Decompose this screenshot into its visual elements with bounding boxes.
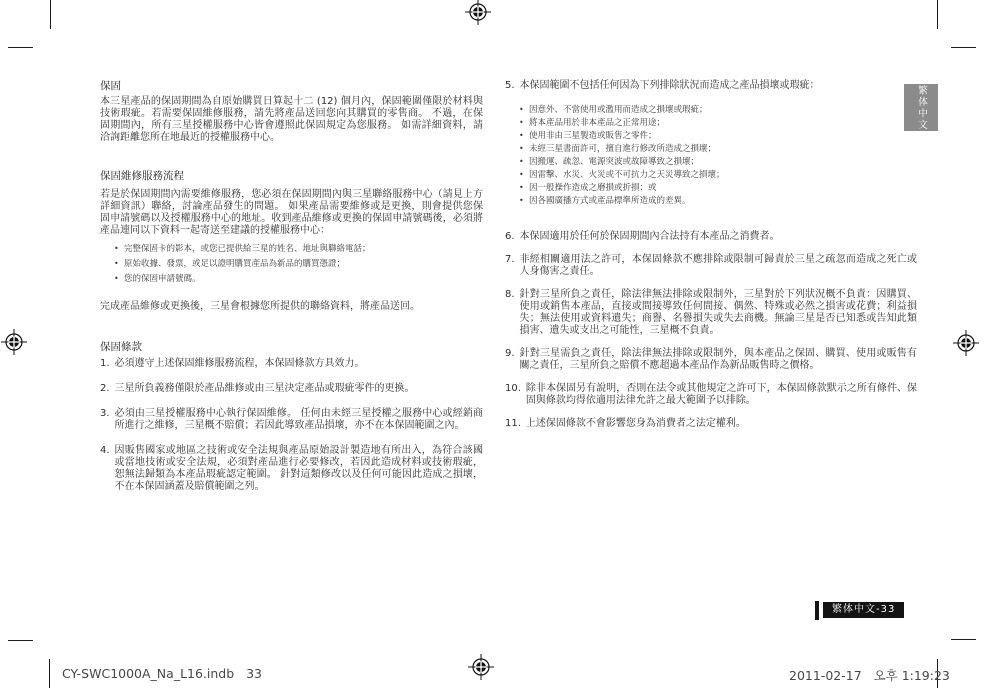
- term-item: 11. 上述保固條款不會影響您身為消費者之法定權利。: [505, 418, 917, 430]
- service-process-closing: 完成產品維修或更換後，三星會根據您所提供的聯絡資料，將產品送回。: [100, 301, 483, 313]
- item-number: 6.: [505, 231, 515, 243]
- crop-mark: [8, 47, 33, 48]
- bullet-icon: •: [519, 182, 529, 194]
- item-number: 11.: [505, 418, 521, 430]
- bullet-text: 因搬運、疏忽、電源突波或故障導致之損壞；: [529, 156, 917, 168]
- list-item: • 因搬運、疏忽、電源突波或故障導致之損壞；: [505, 156, 917, 168]
- list-item: • 因雷擊、水災、火災或不可抗力之天災導致之損壞；: [505, 169, 917, 181]
- item-text: 三星所負義務僅限於產品維修或由三星決定產品或瑕疵零件的更換。: [115, 383, 483, 395]
- registration-mark-icon: [468, 654, 494, 680]
- term-item: 3. 必須由三星授權服務中心執行保固維修。 任何由未經三星授權之服務中心或經銷商…: [100, 408, 483, 432]
- service-process-bullet-list: • 完整保固卡的影本，或您已提供給三星的姓名、地址與聯絡電話； • 原始收據、發…: [100, 243, 483, 285]
- bullet-text: 因各國廣播方式或產品標準所造成的差異。: [529, 195, 917, 207]
- item-text: 本保固適用於任何於保固期間內合法持有本產品之消費者。: [520, 231, 917, 243]
- term-item: 8. 針對三星所負之責任，除法律無法排除或限制外，三星對於下列狀況概不負責：因購…: [505, 289, 917, 337]
- term-item: 10. 除非本保固另有說明，否則在法令或其他規定之許可下，本保固條款默示之所有條…: [505, 383, 917, 407]
- bullet-icon: •: [519, 143, 529, 155]
- footer-filename: CY-SWC1000A_Na_L16.indb 33: [62, 666, 262, 681]
- item-text: 必須由三星授權服務中心執行保固維修。 任何由未經三星授權之服務中心或經銷商所進行…: [115, 408, 483, 432]
- list-item: • 因意外、不當使用或濫用而造成之損壞或瑕疵；: [505, 104, 917, 116]
- crop-mark: [50, 0, 51, 29]
- crop-mark: [49, 659, 50, 688]
- bullet-text: 原始收據、發票，或足以證明購買產品為新品的購買憑證；: [124, 258, 483, 270]
- term-item: 6. 本保固適用於任何於保固期間內合法持有本產品之消費者。: [505, 231, 917, 243]
- item-text: 針對三星需負之責任，除法律無法排除或限制外，與本產品之保固、購買、使用或販售有關…: [520, 348, 917, 372]
- item-text: 本保固範圍不包括任何因為下列排除狀況而造成之產品損壞或瑕疵：: [520, 80, 917, 92]
- list-item: • 使用非由三星製造或販售之零件；: [505, 130, 917, 142]
- warranty-body: 本三星產品的保固期間為自原始購買日算起十二 (12) 個月內，保固範圍僅限於材料…: [100, 96, 483, 144]
- crop-mark: [951, 47, 976, 48]
- term-item: 2. 三星所負義務僅限於產品維修或由三星決定產品或瑕疵零件的更換。: [100, 383, 483, 395]
- bullet-icon: •: [519, 104, 529, 116]
- item-number: 8.: [505, 289, 515, 337]
- bullet-icon: •: [519, 130, 529, 142]
- list-item: • 原始收據、發票，或足以證明購買產品為新品的購買憑證；: [100, 258, 483, 270]
- registration-mark-icon: [465, 0, 491, 25]
- right-column: 5. 本保固範圍不包括任何因為下列排除狀況而造成之產品損壞或瑕疵： • 因意外、…: [505, 80, 917, 430]
- bullet-icon: •: [114, 243, 124, 255]
- term-item: 7. 非經相關適用法之許可，本保固條款不應排除或限制可歸責於三星之疏忽而造成之死…: [505, 254, 917, 278]
- bullet-icon: •: [519, 195, 529, 207]
- term-item: 5. 本保固範圍不包括任何因為下列排除狀況而造成之產品損壞或瑕疵：: [505, 80, 917, 92]
- list-item: • 完整保固卡的影本，或您已提供給三星的姓名、地址與聯絡電話；: [100, 243, 483, 255]
- page-number-badge: 繁体中文-33: [823, 602, 904, 618]
- registration-mark-icon: [1, 329, 27, 355]
- warranty-heading: 保固: [100, 80, 483, 92]
- exclusions-bullet-list: • 因意外、不當使用或濫用而造成之損壞或瑕疵； • 將本產品用於非本產品之正常用…: [505, 104, 917, 207]
- item-number: 2.: [100, 383, 110, 395]
- item-number: 3.: [100, 408, 110, 432]
- list-item: • 將本產品用於非本產品之正常用途；: [505, 117, 917, 129]
- item-number: 1.: [100, 358, 110, 370]
- footer-timestamp: 2011-02-17 오후 1:19:23: [789, 666, 950, 684]
- crop-mark: [937, 0, 938, 29]
- list-item: • 因一般操作造成之磨損或折損；或: [505, 182, 917, 194]
- bullet-icon: •: [519, 117, 529, 129]
- item-text: 非經相關適用法之許可，本保固條款不應排除或限制可歸責於三星之疏忽而造成之死亡或人…: [520, 254, 917, 278]
- list-item: • 您的保固申請號碼。: [100, 273, 483, 285]
- bullet-text: 完整保固卡的影本，或您已提供給三星的姓名、地址與聯絡電話；: [124, 243, 483, 255]
- item-number: 9.: [505, 348, 515, 372]
- bullet-text: 因一般操作造成之磨損或折損；或: [529, 182, 917, 194]
- bullet-text: 將本產品用於非本產品之正常用途；: [529, 117, 917, 129]
- bullet-text: 使用非由三星製造或販售之零件；: [529, 130, 917, 142]
- item-text: 必須遵守上述保固維修服務流程，本保固條款方具效力。: [115, 358, 483, 370]
- item-number: 5.: [505, 80, 515, 92]
- item-number: 4.: [100, 445, 110, 493]
- term-item: 9. 針對三星需負之責任，除法律無法排除或限制外，與本產品之保固、購買、使用或販…: [505, 348, 917, 372]
- bullet-icon: •: [519, 156, 529, 168]
- left-column: 保固 本三星產品的保固期間為自原始購買日算起十二 (12) 個月內，保固範圍僅限…: [100, 80, 483, 493]
- item-text: 除非本保固另有說明，否則在法令或其他規定之許可下，本保固條款默示之所有條件、保固…: [526, 383, 917, 407]
- service-process-body: 若是於保固期間內需要維修服務，您必須在保固期間內與三星聯絡服務中心（請見上方詳細…: [100, 189, 483, 237]
- bullet-text: 因意外、不當使用或濫用而造成之損壞或瑕疵；: [529, 104, 917, 116]
- bullet-text: 因雷擊、水災、火災或不可抗力之天災導致之損壞；: [529, 169, 917, 181]
- crop-mark: [8, 640, 33, 641]
- list-item: • 未經三星書面許可，擅自進行修改所造成之損壞；: [505, 143, 917, 155]
- registration-mark-icon: [953, 330, 979, 356]
- terms-heading: 保固條款: [100, 341, 483, 353]
- service-process-heading: 保固維修服務流程: [100, 170, 483, 182]
- terms-list: 1. 必須遵守上述保固維修服務流程，本保固條款方具效力。 2. 三星所負義務僅限…: [100, 358, 483, 493]
- item-number: 7.: [505, 254, 515, 278]
- document-page: 繁体中文 保固 本三星產品的保固期間為自原始購買日算起十二 (12) 個月內，保…: [0, 0, 984, 688]
- item-number: 10.: [505, 383, 521, 407]
- list-item: • 因各國廣播方式或產品標準所造成的差異。: [505, 195, 917, 207]
- bullet-text: 未經三星書面許可，擅自進行修改所造成之損壞；: [529, 143, 917, 155]
- item-text: 針對三星所負之責任，除法律無法排除或限制外，三星對於下列狀況概不負責：因購買、使…: [520, 289, 917, 337]
- term-item: 1. 必須遵守上述保固維修服務流程，本保固條款方具效力。: [100, 358, 483, 370]
- bullet-text: 您的保固申請號碼。: [124, 273, 483, 285]
- bullet-icon: •: [114, 258, 124, 270]
- bullet-icon: •: [519, 169, 529, 181]
- item-text: 上述保固條款不會影響您身為消費者之法定權利。: [526, 418, 917, 430]
- term-item: 4. 因販售國家或地區之技術或安全法規與產品原始設計製造地有所出入，為符合該國或…: [100, 445, 483, 493]
- bullet-icon: •: [114, 273, 124, 285]
- crop-mark: [951, 639, 976, 640]
- item-text: 因販售國家或地區之技術或安全法規與產品原始設計製造地有所出入，為符合該國或當地技…: [115, 445, 483, 493]
- badge-accent-bar: [815, 601, 819, 620]
